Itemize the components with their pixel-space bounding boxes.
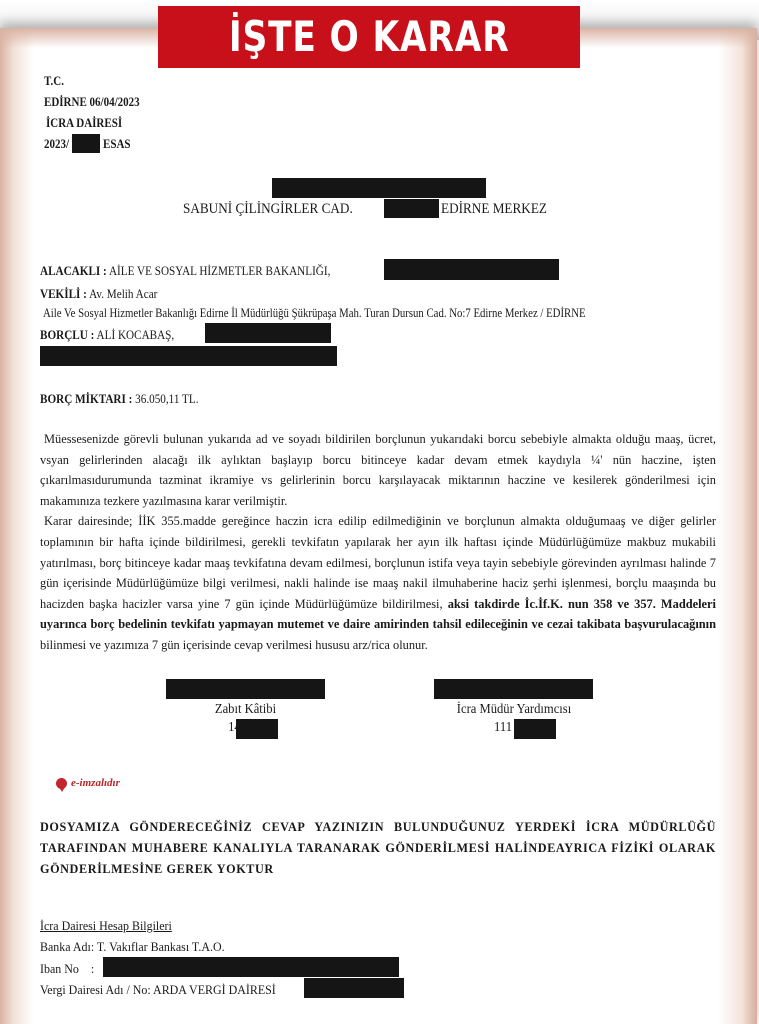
creditor-value: AİLE VE SOSYAL HİZMETLER BAKANLIĞI, [109,263,330,278]
redaction-tax-number [304,978,404,998]
address-city: EDİRNE MERKEZ [441,201,547,218]
notice-text: DOSYAMIZA GÖNDERECEĞİNİZ CEVAP YAZINIZIN… [40,817,716,880]
redaction-iban [103,957,399,977]
signature-officer-number: 111 [458,720,512,736]
header-office: İCRA DAİRESİ [46,116,122,131]
attorney-label: VEKİLİ : [40,286,87,301]
signature-officer-title: İcra Müdür Yardımcısı [433,702,595,718]
tax-office: Vergi Dairesi Adı / No: ARDA VERGİ DAİRE… [40,982,276,998]
redaction-creditor [384,259,559,280]
signature-clerk-title: Zabıt Kâtibi [174,702,317,718]
redaction-debtor-id [205,323,331,343]
paragraph-garnishment: Müessesenizde görevli bulunan yukarıda a… [40,429,716,511]
debt-amount: 36.050,11 TL. [135,391,198,406]
creditor-label: ALACAKLI : [40,263,107,278]
header-tc: T.C. [44,74,64,89]
redaction-clerk-number [236,719,278,739]
esign-label: e-imzalıdır [71,777,120,789]
redaction-case-number [72,134,100,153]
debtor-line: BORÇLU : ALİ KOCABAŞ, [40,327,174,343]
redaction-address-no [384,199,439,218]
header-date: EDİRNE 06/04/2023 [44,95,140,110]
attorney-value: Av. Melih Acar [89,286,157,301]
redaction-debtor-address [40,346,337,366]
address-street: SABUNİ ÇİLİNGİRLER CAD. [183,201,353,218]
redaction-office-name [272,178,486,198]
attorney-address: Aile Ve Sosyal Hizmetler Bakanlığı Edirn… [43,306,586,321]
bank-name: Banka Adı: T. Vakıflar Bankası T.A.O. [40,939,225,955]
debt-line: BORÇ MİKTARI : 36.050,11 TL. [40,391,198,407]
headline-banner: İŞTE O KARAR [158,6,580,68]
attorney-line: VEKİLİ : Av. Melih Acar [40,286,157,302]
headline-title: İŞTE O KARAR [229,16,510,58]
redaction-officer-name [434,679,593,699]
redaction-clerk-name [166,679,325,699]
seal-icon [56,778,67,789]
debt-label: BORÇ MİKTARI : [40,391,132,406]
iban-label: Iban No : [40,961,94,977]
creditor-line: ALACAKLI : AİLE VE SOSYAL HİZMETLER BAKA… [40,263,330,279]
decision-body: Müessesenizde görevli bulunan yukarıda a… [40,429,716,656]
court-document: T.C. EDİRNE 06/04/2023 İCRA DAİRESİ 2023… [0,0,759,1024]
debtor-value: ALİ KOCABAŞ, [97,327,175,342]
bank-heading: İcra Dairesi Hesap Bilgileri [40,918,172,934]
esign-badge: e-imzalıdır [56,777,120,789]
header-case-prefix: 2023/ [44,137,69,152]
redaction-officer-number [514,719,556,739]
paragraph-instructions: Karar dairesinde; İİK 355.madde gereğinc… [40,511,716,655]
header-case-suffix: ESAS [103,137,131,152]
debtor-label: BORÇLU : [40,327,94,342]
